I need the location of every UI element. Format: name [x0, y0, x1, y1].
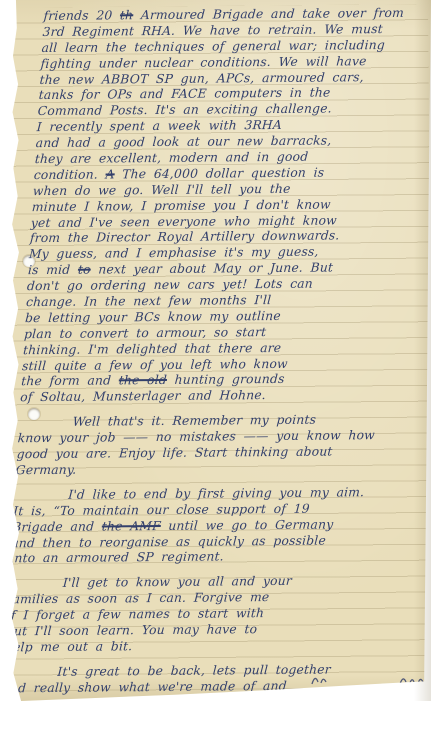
handwritten-line: into an armoured SP regiment.	[10, 548, 393, 567]
cutoff-stroke-fragment	[304, 672, 429, 686]
handwritten-line: I'd like to end by first giving you my a…	[14, 485, 397, 504]
letter-page: friends 20 th Armoured Brigade and take …	[4, 0, 431, 701]
handwritten-line: of Soltau, Munsterlager and Hohne.	[20, 387, 403, 406]
handwritten-line: fighting under nuclear conditions. We wi…	[40, 53, 423, 72]
letter-lines: friends 20 th Armoured Brigade and take …	[2, 6, 426, 697]
scanned-letter-photo: friends 20 th Armoured Brigade and take …	[0, 0, 445, 733]
handwritten-line: help me out a bit.	[4, 637, 387, 656]
handwritten-line: Germany.	[15, 460, 398, 479]
handwritten-line: know your job —— no mistakes —— you know…	[17, 428, 400, 447]
